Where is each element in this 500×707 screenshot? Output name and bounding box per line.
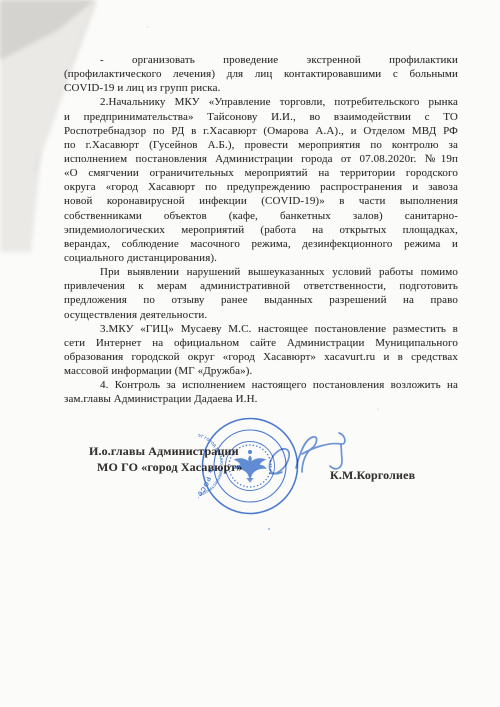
scan-speck xyxy=(146,26,149,28)
document-line: 2.Начальнику МКУ «Управление торговли, п… xyxy=(64,95,458,109)
svg-text:★ РОССИЙСКАЯ ФЕДЕРАЦИЯ ★ РЕСПУ: ★ РОССИЙСКАЯ ФЕДЕРАЦИЯ ★ РЕСПУБЛИКА ДАГЕ… xyxy=(198,418,213,511)
document-line: Роспотребнадзор по РД в г.Хасавюрт (Омар… xyxy=(64,124,458,138)
document-line: округа «город Хасавюрт по предупреждению… xyxy=(64,180,458,194)
document-line: по г.Хасавюрт (Гусейнов А.Б.), провести … xyxy=(64,138,458,152)
document-line: «О смягчении ограничительных мероприятий… xyxy=(64,166,458,180)
document-line: (профилактического лечения) для лиц конт… xyxy=(64,67,458,81)
document-line: эпидемиологических мероприятий (работа н… xyxy=(64,223,458,237)
document-line: социального дистанцирования). xyxy=(64,251,458,265)
document-line: новой коронавирусной инфекции (COVID-19)… xyxy=(64,194,458,208)
scanned-page: - организовать проведение экстренной про… xyxy=(0,0,500,707)
document-line: сети Интернет на официальном сайте Админ… xyxy=(64,336,458,350)
document-line: исполнением постановления Администрации … xyxy=(64,152,458,166)
document-line: 4. Контроль за исполнением настоящего по… xyxy=(64,378,458,392)
document-line: COVID-19 и лиц из групп риска. xyxy=(64,81,458,95)
document-line: осуществления деятельности. xyxy=(64,308,458,322)
document-line: - организовать проведение экстренной про… xyxy=(64,53,458,67)
document-line: образования городской округ «город Хасав… xyxy=(64,350,458,364)
document-line: привлечения к мерам административной отв… xyxy=(64,279,458,293)
document-line: При выявлении нарушений вышеуказанных ус… xyxy=(64,265,458,279)
document-line: верандах, соблюдение масочного режима, д… xyxy=(64,237,458,251)
document-line: собственниками объектов (кафе, банкетных… xyxy=(64,209,458,223)
document-line: массовой информации (МГ «Дружба»). xyxy=(64,364,458,378)
document-line: предложения по отзыву ранее выданных раз… xyxy=(64,293,458,307)
scan-speck xyxy=(377,408,379,410)
stamp-outer-ring-text: ★ РОССИЙСКАЯ ФЕДЕРАЦИЯ ★ РЕСПУБЛИКА ДАГЕ… xyxy=(198,418,213,511)
signature-ink xyxy=(258,426,368,490)
document-line: 3.МКУ «ГИЦ» Мусаеву М.С. настоящее поста… xyxy=(64,322,458,336)
ink-speck xyxy=(268,528,270,530)
document-body: - организовать проведение экстренной про… xyxy=(64,53,458,407)
document-line: и предпринимательства» Тайсонову И.И., в… xyxy=(64,110,458,124)
document-line: зам.главы Администрации Дадаева И.Н. xyxy=(64,392,458,406)
